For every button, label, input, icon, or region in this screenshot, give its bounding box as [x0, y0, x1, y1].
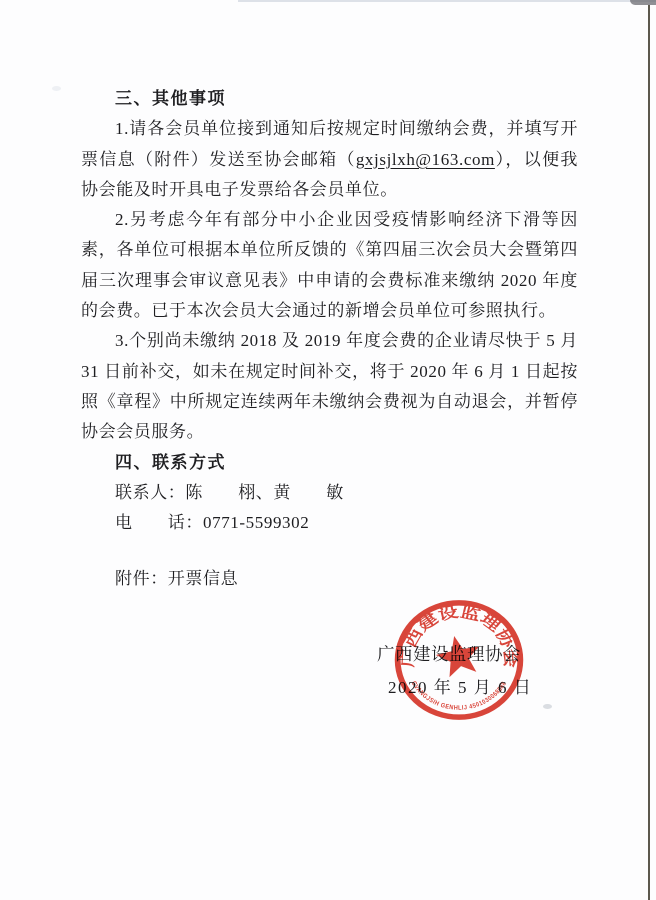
paragraph2-line2: 素，各单位可根据本单位所反馈的《第四届三次会员大会暨第四 [81, 235, 578, 265]
paragraph1-line2: 票信息（附件）发送至协会邮箱（gxjsjlxh@163.com），以便我 [81, 145, 578, 175]
section-heading-contact: 四、联系方式 [81, 448, 578, 478]
section-heading-other-matters: 三、其他事项 [81, 84, 578, 114]
scan-artifact-smudge [543, 704, 552, 709]
official-red-seal: 广西建设监理协会 GVANGJSIH GENHLIJ 4501030068588 [386, 592, 532, 728]
paragraph1-line2-pre: 票信息（附件）发送至协会邮箱（ [81, 150, 356, 169]
paragraph3-line3: 照《章程》中所规定连续两年未缴纳会费视为自动退会，并暂停 [81, 387, 578, 417]
scanned-document-page: 三、其他事项 1.请各会员单位接到通知后按规定时间缴纳会费，并填写开 票信息（附… [0, 0, 656, 900]
star-icon [432, 632, 484, 679]
paragraph2-line1: 2.另考虑今年有部分中小企业因受疫情影响经济下滑等因 [81, 205, 578, 235]
contact-person-line: 联系人：陈 栩、黄 敏 [81, 478, 578, 508]
scan-artifact-corner-mark [630, 0, 656, 5]
paragraph2-line4: 的会费。已于本次会员大会通过的新增会员单位可参照执行。 [81, 296, 578, 326]
blank-space [81, 538, 578, 564]
paragraph3-line1: 3.个别尚未缴纳 2018 及 2019 年度会费的企业请尽快于 5 月 [81, 326, 578, 356]
association-email-link[interactable]: gxjsjlxh@163.com [356, 150, 495, 169]
document-body: 三、其他事项 1.请各会员单位接到通知后按规定时间缴纳会费，并填写开 票信息（附… [81, 84, 578, 595]
paragraph3-line2: 31 日前补交，如未在规定时间补交，将于 2020 年 6 月 1 日起按 [81, 357, 578, 387]
scan-artifact-smudge [52, 86, 61, 91]
paragraph1-line2-post: ），以便我 [495, 150, 578, 169]
scan-artifact-top-line [238, 0, 656, 2]
paragraph3-line4: 协会会员服务。 [81, 417, 578, 447]
paragraph1-line3: 协会能及时开具电子发票给各会员单位。 [81, 175, 578, 205]
paragraph1-line1: 1.请各会员单位接到通知后按规定时间缴纳会费，并填写开 [81, 114, 578, 144]
scan-artifact-right-edge-line [648, 5, 650, 900]
contact-phone-line: 电 话：0771-5599302 [81, 508, 578, 538]
attachment-line: 附件：开票信息 [81, 564, 578, 594]
paragraph2-line3: 届三次理事会审议意见表》中申请的会费标准来缴纳 2020 年度 [81, 266, 578, 296]
seal-graphic: 广西建设监理协会 GVANGJSIH GENHLIJ 4501030068588 [386, 592, 532, 728]
